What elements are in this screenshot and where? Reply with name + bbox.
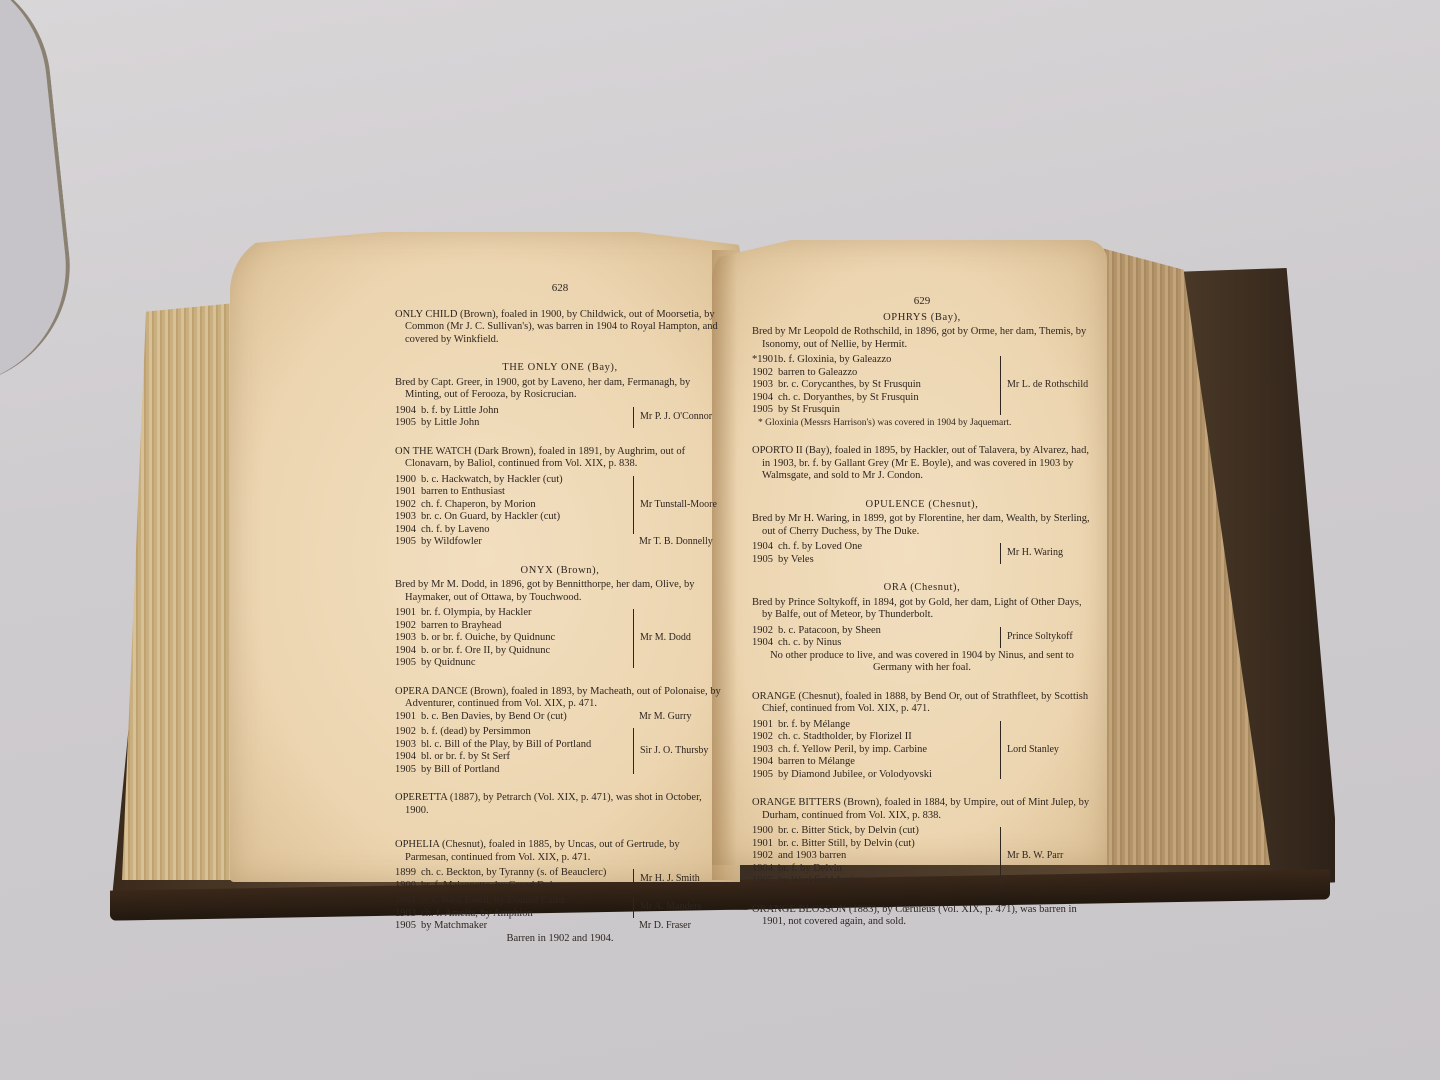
produce-desc: br. f. Maisonette, by Grand Duke: [421, 880, 633, 893]
produce-row: 1905by MatchmakerMr D. Fraser: [395, 920, 725, 933]
entry-head: OPERA DANCE (Brown), foaled in 1893, by …: [395, 686, 725, 711]
owner-bracket: Mr L. de Rothschild: [1000, 356, 1092, 415]
owner-name: Mr T. B. Donnelly: [633, 536, 725, 549]
entry-opera-dance: OPERA DANCE (Brown), foaled in 1893, by …: [395, 686, 725, 777]
produce-row: 1904ch. f. by Laveno: [395, 524, 633, 537]
year: *1901: [752, 354, 778, 367]
produce-desc: ch. c. Doryanthes, by St Frusquin: [778, 392, 1000, 405]
produce-row: 1904barren to Mélange: [752, 756, 1000, 769]
entry-oporto-ii: OPORTO II (Bay), foaled in 1895, by Hack…: [752, 445, 1092, 483]
owner-bracket: Mr Tunstall-Moore: [633, 476, 725, 535]
entry-orange-blosson: ORANGE BLOSSON (1883), by Cœrulëus (Vol.…: [752, 904, 1092, 929]
entry-operetta: OPERETTA (1887), by Petrarch (Vol. XIX, …: [395, 792, 725, 817]
produce-table: 1901b. c. West Ewell, by Donald Caird 19…: [395, 895, 725, 920]
year: 1904: [752, 756, 778, 769]
owner-name: Mr D. Fraser: [633, 920, 725, 933]
owner-name: Mr M. Gurry: [633, 711, 725, 724]
produce-row: 1904b. or br. f. Ore II, by Quidnunc: [395, 645, 633, 658]
year: 1905: [395, 920, 421, 933]
produce-desc: b. c. Patacoon, by Sheen: [778, 625, 1000, 638]
produce-table: 1899ch. c. Beckton, by Tyranny (s. of Be…: [395, 867, 725, 892]
produce-row: *1901b. f. Gloxinia, by Galeazzo: [752, 354, 1000, 367]
breeding-line: Bred by Mr Leopold de Rothschild, in 189…: [752, 326, 1092, 351]
produce-row: 1900b. c. Hackwatch, by Hackler (cut): [395, 474, 633, 487]
produce-desc: ch. f. Chaperon, by Morion: [421, 499, 633, 512]
produce-table: *1901b. f. Gloxinia, by Galeazzo 1902bar…: [752, 354, 1092, 417]
produce-desc: b. c. Hackwatch, by Hackler (cut): [421, 474, 633, 487]
breeding-line: Bred by Mr M. Dodd, in 1896, got by Benn…: [395, 579, 725, 604]
produce-row: 1905by Little John: [395, 417, 633, 430]
produce-desc: by Quidnunc: [421, 657, 633, 670]
produce-row: 1901br. f. by Mélange: [752, 719, 1000, 732]
year: 1905: [395, 536, 421, 549]
produce-row: 1905by Bill of Portland: [395, 764, 633, 777]
produce-row: 1905by Quidnunc: [395, 657, 633, 670]
year: 1902: [752, 850, 778, 863]
produce-desc: barren to Brayhead: [421, 620, 633, 633]
produce-desc: by Bill of Portland: [421, 764, 633, 777]
year: 1905: [395, 657, 421, 670]
year: 1904: [752, 541, 778, 554]
year: 1900: [395, 880, 421, 893]
produce-row: 1899ch. c. Beckton, by Tyranny (s. of Be…: [395, 867, 633, 880]
year: 1905: [752, 769, 778, 782]
produce-row: 1903bl. c. Bill of the Play, by Bill of …: [395, 739, 633, 752]
produce-row: 1901b. c. Ben Davies, by Bend Or (cut)Mr…: [395, 711, 725, 724]
entry-title: ORA (Chesnut),: [752, 582, 1092, 595]
produce-desc: barren to Mélange: [778, 756, 1000, 769]
produce-desc: b. f. Gloxinia, by Galeazzo: [778, 354, 1000, 367]
produce-table: 1900br. c. Bitter Stick, by Delvin (cut)…: [752, 825, 1092, 888]
year: 1900: [395, 474, 421, 487]
owner-bracket: Mr P. J. O'Connor: [633, 407, 725, 428]
entry-head: ON THE WATCH (Dark Brown), foaled in 189…: [395, 446, 725, 471]
year: 1901: [395, 486, 421, 499]
produce-desc: by Diamond Jubilee, or Volodyovski: [778, 769, 1000, 782]
year: 1903: [395, 908, 421, 921]
produce-row: 1905by Winkfield Junior: [752, 875, 1000, 888]
produce-row: 1905by Veles: [752, 554, 1000, 567]
entry-ophelia: OPHELIA (Chesnut), foaled in 1885, by Un…: [395, 839, 725, 945]
produce-row: 1901barren to Enthusiast: [395, 486, 633, 499]
year: 1902: [752, 367, 778, 380]
year: 1900: [752, 825, 778, 838]
entry-head: ONLY CHILD (Brown), foaled in 1900, by C…: [395, 309, 725, 347]
produce-table: 1901br. f. by Mélange 1902ch. c. Stadtho…: [752, 719, 1092, 782]
year: 1904: [752, 637, 778, 650]
year: 1904: [752, 392, 778, 405]
year: 1899: [395, 867, 421, 880]
entry-ora: ORA (Chesnut), Bred by Prince Soltykoff,…: [752, 582, 1092, 675]
produce-desc: bl. c. Bill of the Play, by Bill of Port…: [421, 739, 633, 752]
entry-ophrys: OPHRYS (Bay), Bred by Mr Leopold de Roth…: [752, 312, 1092, 430]
produce-desc: by St Frusquin: [778, 404, 1000, 417]
owner-bracket: Prince Soltykoff: [1000, 627, 1092, 648]
produce-table: 1904b. f. by Little John 1905by Little J…: [395, 405, 725, 430]
owner-bracket: Sir J. O. Thursby: [633, 728, 725, 774]
year: 1901: [752, 838, 778, 851]
entry-orange-bitters: ORANGE BITTERS (Brown), foaled in 1884, …: [752, 797, 1092, 888]
produce-row: 1904ch. c. Doryanthes, by St Frusquin: [752, 392, 1000, 405]
produce-desc: ch. c. Stadtholder, by Florizel II: [778, 731, 1000, 744]
entry-the-only-one: THE ONLY ONE (Bay), Bred by Capt. Greer,…: [395, 362, 725, 430]
year: 1904: [395, 645, 421, 658]
year: 1905: [752, 404, 778, 417]
entry-note: No other produce to live, and was covere…: [752, 650, 1092, 675]
owner-bracket: Mr H. Waring: [1000, 543, 1092, 564]
produce-table: 1904ch. f. by Loved One 1905by Veles Mr …: [752, 541, 1092, 566]
produce-row: 1900br. c. Bitter Stick, by Delvin (cut): [752, 825, 1000, 838]
year: 1903: [395, 739, 421, 752]
produce-row: 1902ch. f. Chaperon, by Morion: [395, 499, 633, 512]
background-object: [0, 0, 82, 385]
entry-only-child: ONLY CHILD (Brown), foaled in 1900, by C…: [395, 309, 725, 347]
year: 1902: [395, 499, 421, 512]
owner-bracket: Mr H. J. Smith: [633, 869, 725, 890]
produce-row: 1904b. f. by Little John: [395, 405, 633, 418]
year: 1902: [752, 731, 778, 744]
produce-table: 1901br. f. Olympia, by Hackler 1902barre…: [395, 607, 725, 670]
produce-row: 1904bl. or br. f. by St Serf: [395, 751, 633, 764]
produce-desc: by Veles: [778, 554, 1000, 567]
produce-desc: barren to Galeazzo: [778, 367, 1000, 380]
year: 1902: [395, 726, 421, 739]
produce-desc: and 1903 barren: [778, 850, 1000, 863]
year: 1905: [395, 764, 421, 777]
produce-desc: b. f. (dead) by Persimmon: [421, 726, 633, 739]
produce-desc: b. c. Ben Davies, by Bend Or (cut): [421, 711, 633, 724]
produce-desc: b. or br. f. Ore II, by Quidnunc: [421, 645, 633, 658]
breeding-line: Bred by Capt. Greer, in 1900, got by Lav…: [395, 377, 725, 402]
entry-note: Barren in 1902 and 1904.: [395, 933, 725, 946]
produce-desc: b. f. by Little John: [421, 405, 633, 418]
produce-row: 1903br. c. Corycanthes, by St Frusquin: [752, 379, 1000, 392]
entry-head: ORANGE BITTERS (Brown), foaled in 1884, …: [752, 797, 1092, 822]
right-page-text: 629 OPHRYS (Bay), Bred by Mr Leopold de …: [752, 295, 1092, 945]
produce-desc: b. c. West Ewell, by Donald Caird: [421, 895, 633, 908]
produce-table: 1900b. c. Hackwatch, by Hackler (cut) 19…: [395, 474, 725, 537]
entry-title: THE ONLY ONE (Bay),: [395, 362, 725, 375]
entry-head: OPORTO II (Bay), foaled in 1895, by Hack…: [752, 445, 1092, 483]
year: 1903: [395, 632, 421, 645]
year: 1901: [395, 607, 421, 620]
produce-desc: ch. f. Yellow Peril, by imp. Carbine: [778, 744, 1000, 757]
produce-desc: br. f. Olympia, by Hackler: [421, 607, 633, 620]
entry-title: OPHRYS (Bay),: [752, 312, 1092, 325]
year: 1902: [395, 620, 421, 633]
year: 1905: [752, 554, 778, 567]
produce-row: 1901br. c. Bitter Still, by Delvin (cut): [752, 838, 1000, 851]
produce-row: 1904br. f. by Delvin: [752, 863, 1000, 876]
year: 1901: [395, 711, 421, 724]
produce-desc: br. f. by Mélange: [778, 719, 1000, 732]
produce-row: 1903ch. f. Amelia, by Amphion: [395, 908, 633, 921]
produce-row: 1902barren to Brayhead: [395, 620, 633, 633]
owner-bracket: Mr M. Dodd: [633, 609, 725, 668]
page-number: 629: [752, 295, 1092, 308]
produce-row: 1903ch. f. Yellow Peril, by imp. Carbine: [752, 744, 1000, 757]
produce-desc: by Wildfowler: [421, 536, 633, 549]
entry-head: ORANGE (Chesnut), foaled in 1888, by Ben…: [752, 691, 1092, 716]
produce-desc: ch. f. by Loved One: [778, 541, 1000, 554]
produce-row: 1902and 1903 barren: [752, 850, 1000, 863]
produce-desc: ch. c. by Ninus: [778, 637, 1000, 650]
produce-row: 1904ch. f. by Loved One: [752, 541, 1000, 554]
year: 1904: [395, 524, 421, 537]
produce-row: 1900br. f. Maisonette, by Grand Duke: [395, 880, 633, 893]
year: 1903: [395, 511, 421, 524]
produce-row: 1904ch. c. by Ninus: [752, 637, 1000, 650]
produce-desc: br. c. Bitter Stick, by Delvin (cut): [778, 825, 1000, 838]
year: 1904: [752, 863, 778, 876]
owner-bracket: Mr B. W. Parr: [1000, 827, 1092, 886]
entry-title: OPULENCE (Chesnut),: [752, 499, 1092, 512]
produce-desc: ch. f. Amelia, by Amphion: [421, 908, 633, 921]
entry-opulence: OPULENCE (Chesnut), Bred by Mr H. Waring…: [752, 499, 1092, 567]
entry-onyx: ONYX (Brown), Bred by Mr M. Dodd, in 189…: [395, 565, 725, 670]
entry-head: OPHELIA (Chesnut), foaled in 1885, by Un…: [395, 839, 725, 864]
page-number: 628: [395, 282, 725, 295]
produce-row: 1905by St Frusquin: [752, 404, 1000, 417]
entry-on-the-watch: ON THE WATCH (Dark Brown), foaled in 189…: [395, 446, 725, 549]
year: 1903: [752, 744, 778, 757]
produce-row: 1902b. f. (dead) by Persimmon: [395, 726, 633, 739]
footnote: * Gloxinia (Messrs Harrison's) was cover…: [752, 417, 1092, 430]
year: 1905: [395, 417, 421, 430]
produce-row: 1903b. or br. f. Ouiche, by Quidnunc: [395, 632, 633, 645]
year: 1902: [752, 625, 778, 638]
entry-title: ONYX (Brown),: [395, 565, 725, 578]
produce-desc: ch. c. Beckton, by Tyranny (s. of Beaucl…: [421, 867, 633, 880]
photo-scene: 628 ONLY CHILD (Brown), foaled in 1900, …: [0, 0, 1440, 1080]
produce-desc: barren to Enthusiast: [421, 486, 633, 499]
produce-desc: br. c. On Guard, by Hackler (cut): [421, 511, 633, 524]
year: 1904: [395, 751, 421, 764]
produce-row: 1902ch. c. Stadtholder, by Florizel II: [752, 731, 1000, 744]
produce-row: 1902b. c. Patacoon, by Sheen: [752, 625, 1000, 638]
produce-row: 1902barren to Galeazzo: [752, 367, 1000, 380]
year: 1901: [395, 895, 421, 908]
left-page-text: 628 ONLY CHILD (Brown), foaled in 1900, …: [395, 282, 725, 961]
produce-desc: by Winkfield Junior: [778, 875, 1000, 888]
produce-row: 1903br. c. On Guard, by Hackler (cut): [395, 511, 633, 524]
year: 1903: [752, 379, 778, 392]
year: 1901: [752, 719, 778, 732]
produce-desc: br. f. by Delvin: [778, 863, 1000, 876]
produce-row: 1905by WildfowlerMr T. B. Donnelly: [395, 536, 725, 549]
produce-desc: ch. f. by Laveno: [421, 524, 633, 537]
owner-bracket: Lord Stanley: [1000, 721, 1092, 780]
produce-desc: by Little John: [421, 417, 633, 430]
produce-row: 1901br. f. Olympia, by Hackler: [395, 607, 633, 620]
year: 1905: [752, 875, 778, 888]
produce-desc: br. c. Bitter Still, by Delvin (cut): [778, 838, 1000, 851]
produce-table: 1902b. c. Patacoon, by Sheen 1904ch. c. …: [752, 625, 1092, 650]
owner-bracket: Mr A. Manders: [633, 897, 725, 918]
entry-head: ORANGE BLOSSON (1883), by Cœrulëus (Vol.…: [752, 904, 1092, 929]
year: 1904: [395, 405, 421, 418]
breeding-line: Bred by Mr H. Waring, in 1899, got by Fl…: [752, 513, 1092, 538]
produce-table: 1902b. f. (dead) by Persimmon 1903bl. c.…: [395, 726, 725, 776]
produce-desc: by Matchmaker: [421, 920, 633, 933]
produce-desc: b. or br. f. Ouiche, by Quidnunc: [421, 632, 633, 645]
produce-row: 1905by Diamond Jubilee, or Volodyovski: [752, 769, 1000, 782]
breeding-line: Bred by Prince Soltykoff, in 1894, got b…: [752, 597, 1092, 622]
produce-desc: br. c. Corycanthes, by St Frusquin: [778, 379, 1000, 392]
produce-desc: bl. or br. f. by St Serf: [421, 751, 633, 764]
entry-head: OPERETTA (1887), by Petrarch (Vol. XIX, …: [395, 792, 725, 817]
entry-orange: ORANGE (Chesnut), foaled in 1888, by Ben…: [752, 691, 1092, 782]
produce-row: 1901b. c. West Ewell, by Donald Caird: [395, 895, 633, 908]
